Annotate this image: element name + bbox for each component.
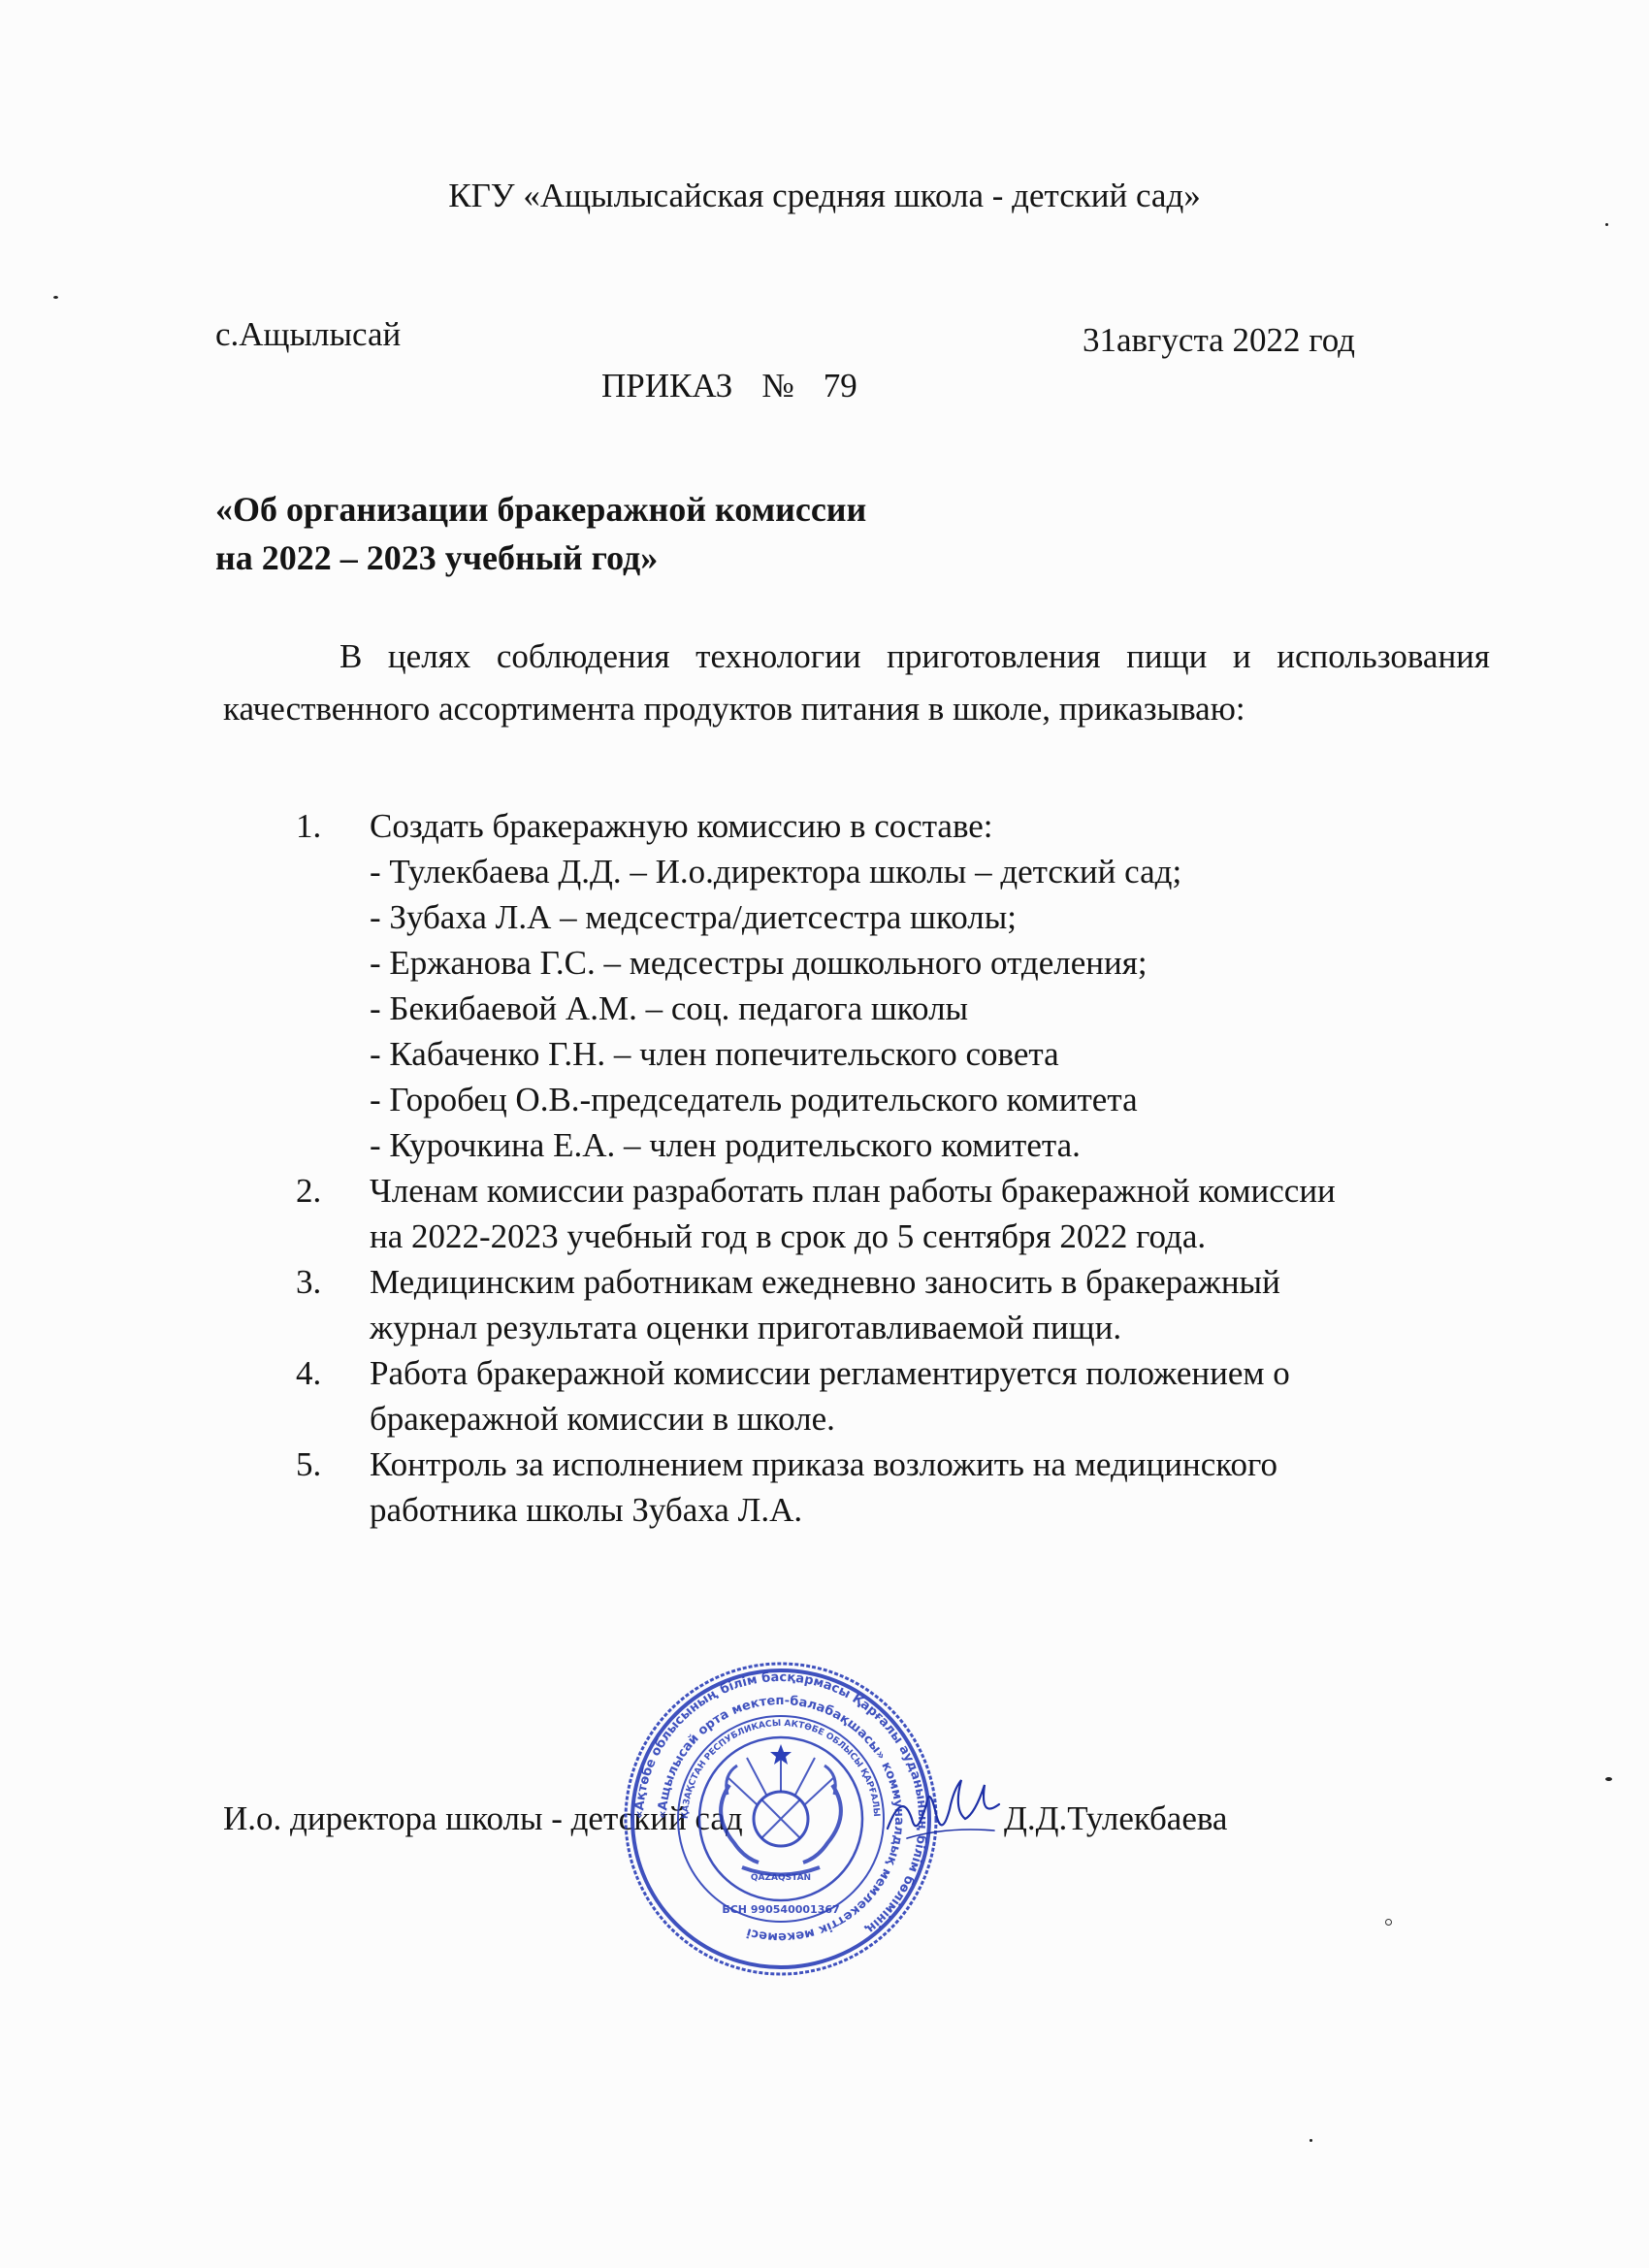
committee-member: - Ержанова Г.С. – медсестры дошкольного … (296, 940, 1336, 986)
intro-paragraph: В целях соблюдения технологии приготовле… (223, 631, 1490, 735)
order-heading: ПРИКАЗ№79 (601, 367, 857, 405)
item-number: 4. (296, 1350, 321, 1396)
item-text-line1: Членам комиссии разработать план работы … (370, 1168, 1336, 1214)
intro-text: В целях соблюдения технологии приготовле… (223, 637, 1490, 728)
committee-member: - Курочкина Е.А. – член родительского ко… (296, 1122, 1336, 1168)
order-title-line2: на 2022 – 2023 учебный год» (215, 534, 866, 582)
item-text-line2: журнал результата оценки приготавливаемо… (370, 1305, 1336, 1350)
scan-speck (1385, 1919, 1392, 1926)
committee-member: - Зубаха Л.А – медсестра/диетсестра школ… (296, 894, 1336, 940)
order-items: 1. Создать бракеражную комиссию в состав… (296, 803, 1336, 1533)
handwritten-signature-icon (878, 1770, 1004, 1858)
signature-name: Д.Д.Тулекбаева (1004, 1799, 1227, 1838)
order-date: 31августа 2022 год (1083, 321, 1355, 360)
item-number: 1. (296, 803, 321, 849)
item-text-line2: бракеражной комиссии в школе. (370, 1396, 1336, 1442)
order-item-4: 4. Работа бракеражной комиссии регламент… (296, 1350, 1336, 1442)
committee-member: - Бекибаевой А.М. – соц. педагога школы (296, 986, 1336, 1031)
item-number: 2. (296, 1168, 321, 1214)
scanned-page: КГУ «Ащылысайская средняя школа - детски… (0, 0, 1649, 2268)
order-label: ПРИКАЗ (601, 367, 732, 405)
item-number: 3. (296, 1259, 321, 1305)
place: с.Ащылысай (215, 315, 401, 354)
committee-member: - Горобец О.В.-председатель родительског… (296, 1077, 1336, 1122)
order-item-5: 5. Контроль за исполнением приказа возло… (296, 1442, 1336, 1533)
order-number: 79 (824, 367, 857, 405)
order-number-sign: № (761, 367, 793, 405)
scan-speck (1605, 1777, 1612, 1781)
scan-speck (1309, 2139, 1312, 2142)
order-title: «Об организации бракеражной комиссии на … (215, 485, 866, 582)
committee-member: - Кабаченко Г.Н. – член попечительского … (296, 1031, 1336, 1077)
svg-text:БСН 990540001367: БСН 990540001367 (722, 1903, 839, 1916)
item-text-line2: работника школы Зубаха Л.А. (370, 1487, 1336, 1533)
order-item-3: 3. Медицинским работникам ежедневно зано… (296, 1259, 1336, 1350)
order-item-2: 2. Членам комиссии разработать план рабо… (296, 1168, 1336, 1259)
item-text-line1: Медицинским работникам ежедневно заносит… (370, 1259, 1336, 1305)
scan-speck (1605, 223, 1608, 226)
order-item-1: 1. Создать бракеражную комиссию в состав… (296, 803, 1336, 849)
item-text-line1: Работа бракеражной комиссии регламентиру… (370, 1350, 1336, 1396)
item-text: Создать бракеражную комиссию в составе: (370, 807, 993, 845)
committee-member: - Тулекбаева Д.Д. – И.о.директора школы … (296, 849, 1336, 894)
scan-speck (53, 296, 58, 299)
order-title-line1: «Об организации бракеражной комиссии (215, 485, 866, 534)
item-text-line1: Контроль за исполнением приказа возложит… (370, 1442, 1336, 1487)
organization-header: КГУ «Ащылысайская средняя школа - детски… (0, 177, 1649, 215)
item-text-line2: на 2022-2023 учебный год в срок до 5 сен… (370, 1214, 1336, 1259)
item-number: 5. (296, 1442, 321, 1487)
